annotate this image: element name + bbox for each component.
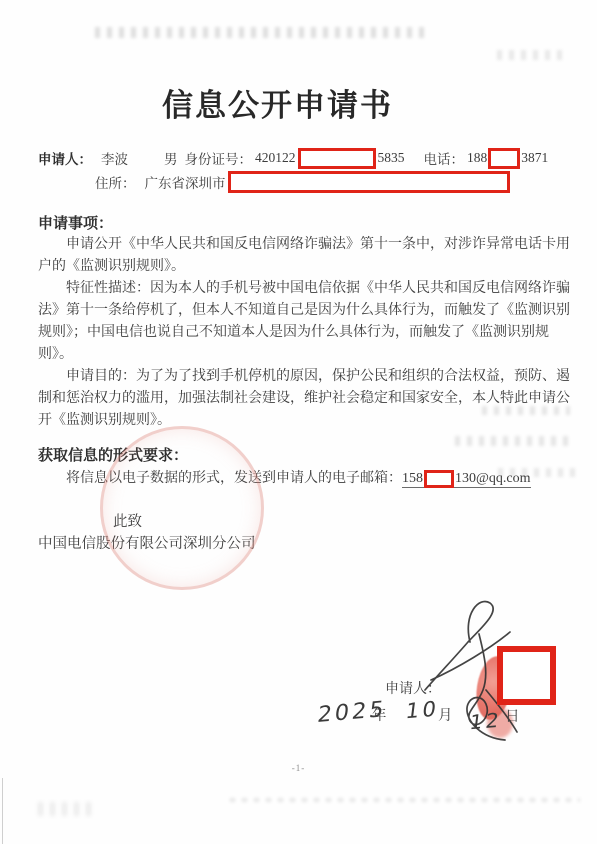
applicant-info: 申请人： 李波 男 身份证号： 420122 5835 电话： 188 3871…	[38, 146, 578, 194]
email-suffix: 130@qq.com	[455, 471, 531, 486]
redaction-box-email	[424, 470, 454, 488]
para3-line: 申请目的：为了为了找到手机停机的原因，保护公民和组织的合法权益，预防、遏	[38, 366, 568, 388]
redaction-box-address	[228, 171, 510, 193]
format-body: 将信息以电子数据的形式，发送到申请人的电子邮箱：158130@qq.com	[38, 468, 568, 490]
applicant-label: 申请人：	[38, 148, 92, 168]
redaction-box-phone	[488, 148, 520, 169]
address-visible: 广东省深圳市	[145, 172, 226, 192]
redaction-box-signature	[497, 646, 556, 705]
id-number-prefix: 420122	[255, 150, 296, 166]
format-line: 将信息以电子数据的形式，发送到申请人的电子邮箱：158130@qq.com	[38, 468, 568, 490]
para1-line: 户的《监测识别规则》。	[38, 256, 568, 278]
phone-label: 电话：	[424, 148, 465, 168]
applicant-line-2: 住所： 广东省深圳市	[95, 170, 578, 194]
page-number: -1-	[0, 763, 597, 773]
phone-prefix: 188	[467, 150, 487, 166]
para1-line: 申请公开《中华人民共和国反电信网络诈骗法》第十一条中，对涉诈异常电话卡用	[38, 234, 568, 256]
date-year-char: 年	[372, 704, 387, 725]
redaction-box-id	[298, 148, 376, 169]
para2-line: 法》第十一条给停机了，但本人不知道自己是因为什么具体行为，而触发了《监测识别	[38, 300, 568, 322]
address-label: 住所：	[95, 172, 136, 192]
scan-artifact	[497, 50, 569, 60]
scan-edge-line	[2, 778, 3, 844]
applicant-email: 158130@qq.com	[402, 471, 531, 488]
para2-line: 规则》；中国电信也说自己不知道本人是因为什么具体行为，而触发了《监测识别规	[38, 322, 568, 344]
para3-line: 开《监测识别规则》。	[38, 410, 568, 432]
applicant-name: 李波	[101, 148, 128, 168]
para2-line: 特征性描述：因为本人的手机号被中国电信依据《中华人民共和国反电信网络诈骗	[38, 278, 568, 300]
id-label: 身份证号：	[185, 148, 253, 168]
scan-artifact	[455, 436, 573, 446]
date-day-char: 日	[505, 705, 520, 726]
date-day-handwritten: 12	[468, 708, 503, 735]
page-title: 信息公开申请书	[0, 80, 576, 125]
applicant-line-1: 申请人： 李波 男 身份证号： 420122 5835 电话： 188 3871	[38, 146, 578, 170]
recipient-name: 中国电信股份有限公司深圳分公司	[38, 532, 256, 553]
format-line-prefix: 将信息以电子数据的形式，发送到申请人的电子邮箱：	[66, 471, 402, 486]
phone-suffix: 3871	[521, 150, 548, 166]
para3-line: 制和惩治权力的滥用，加强法制社会建设，维护社会稳定和国家安全，本人特此申请公	[38, 388, 568, 410]
salute: 此致	[113, 510, 142, 531]
matter-body: 申请公开《中华人民共和国反电信网络诈骗法》第十一条中，对涉诈异常电话卡用 户的《…	[38, 234, 568, 432]
para2-line: 则》。	[38, 344, 568, 366]
id-number-suffix: 5835	[378, 150, 405, 166]
email-prefix: 158	[402, 471, 423, 486]
scan-artifact	[38, 802, 96, 816]
scan-artifact	[230, 798, 580, 802]
applicant-gender: 男	[164, 148, 178, 168]
matter-heading: 申请事项：	[38, 212, 113, 233]
scan-artifact	[95, 27, 425, 38]
format-heading: 获取信息的形式要求：	[38, 444, 188, 465]
